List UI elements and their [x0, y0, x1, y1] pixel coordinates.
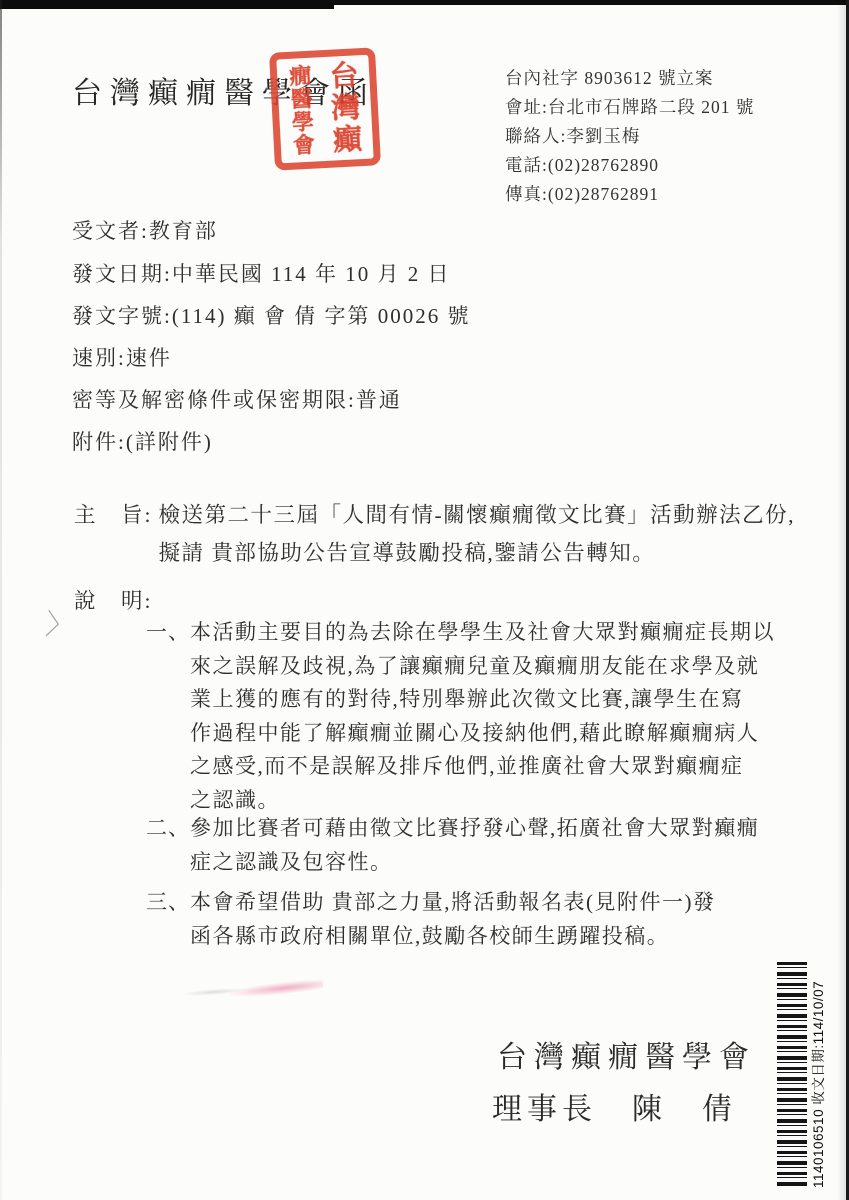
item-text: 本會希望借助 貴部之力量,將活動報名表(見附件一)發 函各縣市政府相關單位,鼓勵…	[190, 886, 812, 953]
org-address: 會址:台北市石牌路二段 201 號	[505, 93, 754, 122]
explanation-item-3: 三、 本會希望借助 貴部之力量,將活動報名表(見附件一)發 函各縣市政府相關單位…	[146, 886, 812, 953]
scan-edge-right-shadow	[837, 0, 846, 1200]
explanation-item-1: 一、 本活動主要目的為去除在學學生及社會大眾對癲癇症長期以 來之誤解及歧視,為了…	[146, 616, 812, 817]
fax-number: 傳真:(02)28762891	[505, 180, 754, 209]
seal-text-left-column: 癇醫學會	[283, 63, 319, 156]
doc-number-line: 發文字號:(114) 癲 會 倩 字第 00026 號	[72, 300, 471, 330]
letterhead-info-block: 台內社字 8903612 號立案 會址:台北市石牌路二段 201 號 聯絡人:李…	[505, 64, 754, 209]
registration-number: 台內社字 8903612 號立案	[505, 64, 754, 93]
phone-number: 電話:(02)28762890	[505, 151, 754, 180]
explanation-item-2: 二、 參加比賽者可藉由徵文比賽抒發心聲,拓廣社會大眾對癲癇 症之認識及包容性。	[146, 812, 812, 879]
issue-date-line: 發文日期:中華民國 114 年 10 月 2 日	[72, 258, 451, 288]
attachment-line: 附件:(詳附件)	[72, 426, 213, 456]
org-seal-stamp: 台灣癲 癇醫學會	[269, 47, 381, 170]
recipient-line: 受文者:教育部	[72, 215, 218, 245]
ink-smudge-pink	[228, 978, 324, 1000]
item-number: 一、	[146, 616, 190, 650]
security-line: 密等及解密條件或保密期限:普通	[72, 384, 402, 414]
subject-section: 主 旨: 檢送第二十三屆「人間有情-關懷癲癇徵文比賽」活動辦法乙份, 擬請 貴部…	[74, 496, 848, 572]
scan-edge-left	[0, 0, 2, 1200]
item-text: 參加比賽者可藉由徵文比賽抒發心聲,拓廣社會大眾對癲癇 症之認識及包容性。	[190, 812, 812, 879]
signature-chairman-name: 理事長 陳 倩	[492, 1084, 737, 1128]
pen-mark: 〉	[44, 603, 76, 646]
seal-text-right-column: 台灣癲	[321, 59, 367, 157]
received-barcode-label: 1140106510 收文日期:114/10/07	[807, 956, 827, 1188]
item-number: 三、	[146, 886, 190, 920]
priority-line: 速別:速件	[72, 342, 172, 372]
received-barcode	[777, 962, 807, 1186]
subject-label: 主 旨:	[74, 496, 152, 534]
scan-edge-top-thick	[0, 0, 334, 9]
item-number: 二、	[146, 812, 190, 846]
signature-org-name: 台灣癲癇醫學會	[497, 1032, 756, 1076]
explanation-label: 說 明:	[74, 582, 152, 620]
item-text: 本活動主要目的為去除在學學生及社會大眾對癲癇症長期以 來之誤解及歧視,為了讓癲癇…	[190, 616, 812, 817]
scanned-letter-page: 台灣癲癇醫學會函 台灣癲 癇醫學會 台內社字 8903612 號立案 會址:台北…	[0, 0, 849, 1200]
contact-person: 聯絡人:李劉玉梅	[505, 122, 754, 151]
subject-text: 檢送第二十三屆「人間有情-關懷癲癇徵文比賽」活動辦法乙份, 擬請 貴部協助公告宣…	[158, 496, 848, 572]
